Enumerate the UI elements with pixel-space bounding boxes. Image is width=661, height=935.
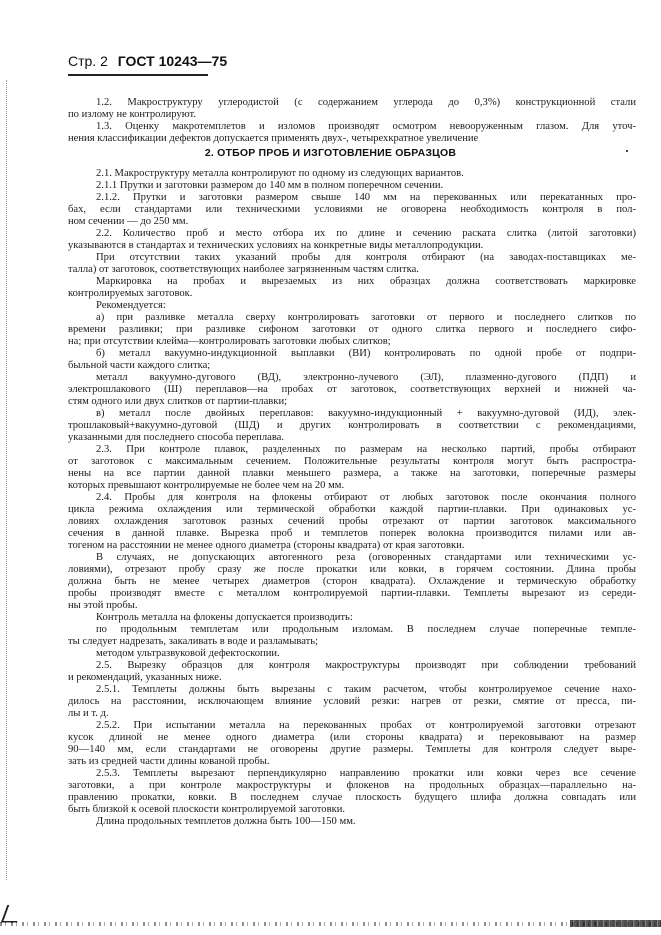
text-line: и рекомендаций, указанных ниже. [68, 672, 636, 684]
text-line: 90—140 мм, если стандартами не оговорены… [68, 744, 636, 756]
text-line: 2.5. Вырезку образцов для контроля макро… [68, 660, 636, 672]
text-line: 2.3. При контроле плавок, разделенных по… [68, 444, 636, 456]
text-line: пробы производят вместе с металлом контр… [68, 588, 636, 600]
text-line: При отсутствии таких указаний пробы для … [68, 252, 636, 264]
text-line: по продольным темплетам или продольным и… [68, 624, 636, 636]
text-line: 2.1. Макроструктуру металла контролируют… [68, 168, 636, 180]
scan-margin-marks [6, 80, 9, 880]
text-line: ты следует надрезать, закаливать в воде … [68, 636, 636, 648]
text-line: тогеном на расстоянии не менее одного ди… [68, 540, 636, 552]
scan-bottom-edge-dark [570, 920, 661, 927]
text-line: трошлаковый+вакуумно-дуговой (ШД) и друг… [68, 420, 636, 432]
text-line: указанными для последнего способа перепл… [68, 432, 636, 444]
text-line: Длина продольных темплетов должна быть 1… [68, 816, 636, 828]
text-line: быльной части каждого слитка; [68, 360, 636, 372]
text-line: быть близкой к осевой плоскости контроли… [68, 804, 636, 816]
text-line: б) металл вакуумно-индукционной выплавки… [68, 348, 636, 360]
text-line: цикла режима охлаждения или термической … [68, 504, 636, 516]
page-number: Стр. 2 [68, 53, 108, 69]
text-line: Контроль металла на флокены допускается … [68, 612, 636, 624]
page-header: Стр. 2 ГОСТ 10243—75 [68, 53, 227, 69]
text-line: которых превышают контролируемые не боле… [68, 480, 636, 492]
text-line: 1.3. Оценку макротемплетов и изломов про… [68, 121, 636, 133]
scan-bottom-edge [0, 922, 661, 926]
text-line: 2.2. Количество проб и место отбора их п… [68, 228, 636, 240]
text-line: талла) от заготовок, соответствующих наи… [68, 264, 636, 276]
text-line: а) при разливке металла сверху контролир… [68, 312, 636, 324]
text-line: ном сечении — до 250 мм. [68, 216, 636, 228]
text-line: в) металл после двойных переплавов: ваку… [68, 408, 636, 420]
text-line: металл вакуумно-дугового (ВД), электронн… [68, 372, 636, 384]
text-line: сечения в данной плавке. Вырезка проб и … [68, 528, 636, 540]
text-line: 1.2. Макроструктуру углеродистой (с соде… [68, 97, 636, 109]
text-line: на; при отсутствии клейма—контролировать… [68, 336, 636, 348]
text-line: времени разливки; при разливке сифоном з… [68, 324, 636, 336]
scan-speck [626, 150, 628, 152]
text-line: В случаях, не допускающих автогенного ре… [68, 552, 636, 564]
text-line: Рекомендуется: [68, 300, 636, 312]
text-line: методом ультразвуковой дефектоскопии. [68, 648, 636, 660]
text-line: 2.4. Пробы для контроля на флокены отбир… [68, 492, 636, 504]
text-line: нения классификации дефектов допускается… [68, 133, 636, 145]
text-line: 2.1.1 Прутки и заготовки размером до 140… [68, 180, 636, 192]
header-rule [68, 74, 208, 76]
text-line: должна быть не менее четырех диаметров (… [68, 576, 636, 588]
scan-corner-mark [1, 905, 24, 923]
text-line: бах, если стандартами или техническими у… [68, 204, 636, 216]
section-title: 2. ОТБОР ПРОБ И ИЗГОТОВЛЕНИЕ ОБРАЗЦОВ [0, 147, 661, 159]
text-line: по излому не контролируют. [68, 109, 636, 121]
text-line: ловиями), отрезают пробу сразу же после … [68, 564, 636, 576]
text-line: нены на все партии данной плавки меньшег… [68, 468, 636, 480]
text-line: электрошлакового (Ш) переплавов—на проба… [68, 384, 636, 396]
text-line: дилось на расстоянии, исключающем влияни… [68, 696, 636, 708]
text-line: заготовки, а при контроле макроструктуры… [68, 780, 636, 792]
text-line: правлению прокатки, ковки. В последнем с… [68, 792, 636, 804]
text-line: кусок длиной не менее одного диаметра (и… [68, 732, 636, 744]
text-line: 2.1.2. Прутки и заготовки размером свыше… [68, 192, 636, 204]
text-line: стям одного или двух слитков от партии-п… [68, 396, 636, 408]
text-line: ны этой пробы. [68, 600, 636, 612]
text-line: от заготовок с максимальным сечением. По… [68, 456, 636, 468]
text-line: лы и т. д. [68, 708, 636, 720]
text-line: ловиях охлаждения заготовок разных сечен… [68, 516, 636, 528]
text-line: 2.5.2. При испытании металла на перекова… [68, 720, 636, 732]
standard-code: ГОСТ 10243—75 [118, 53, 227, 69]
text-line: контролируемых заготовок. [68, 288, 636, 300]
text-line: указываются в стандартах и технических у… [68, 240, 636, 252]
text-line: зать из средней части длины кованой проб… [68, 756, 636, 768]
text-line: 2.5.3. Темплеты вырезают перпендикулярно… [68, 768, 636, 780]
text-line: Маркировка на пробах и вырезаемых из них… [68, 276, 636, 288]
text-line: 2.5.1. Темплеты должны быть вырезаны с т… [68, 684, 636, 696]
